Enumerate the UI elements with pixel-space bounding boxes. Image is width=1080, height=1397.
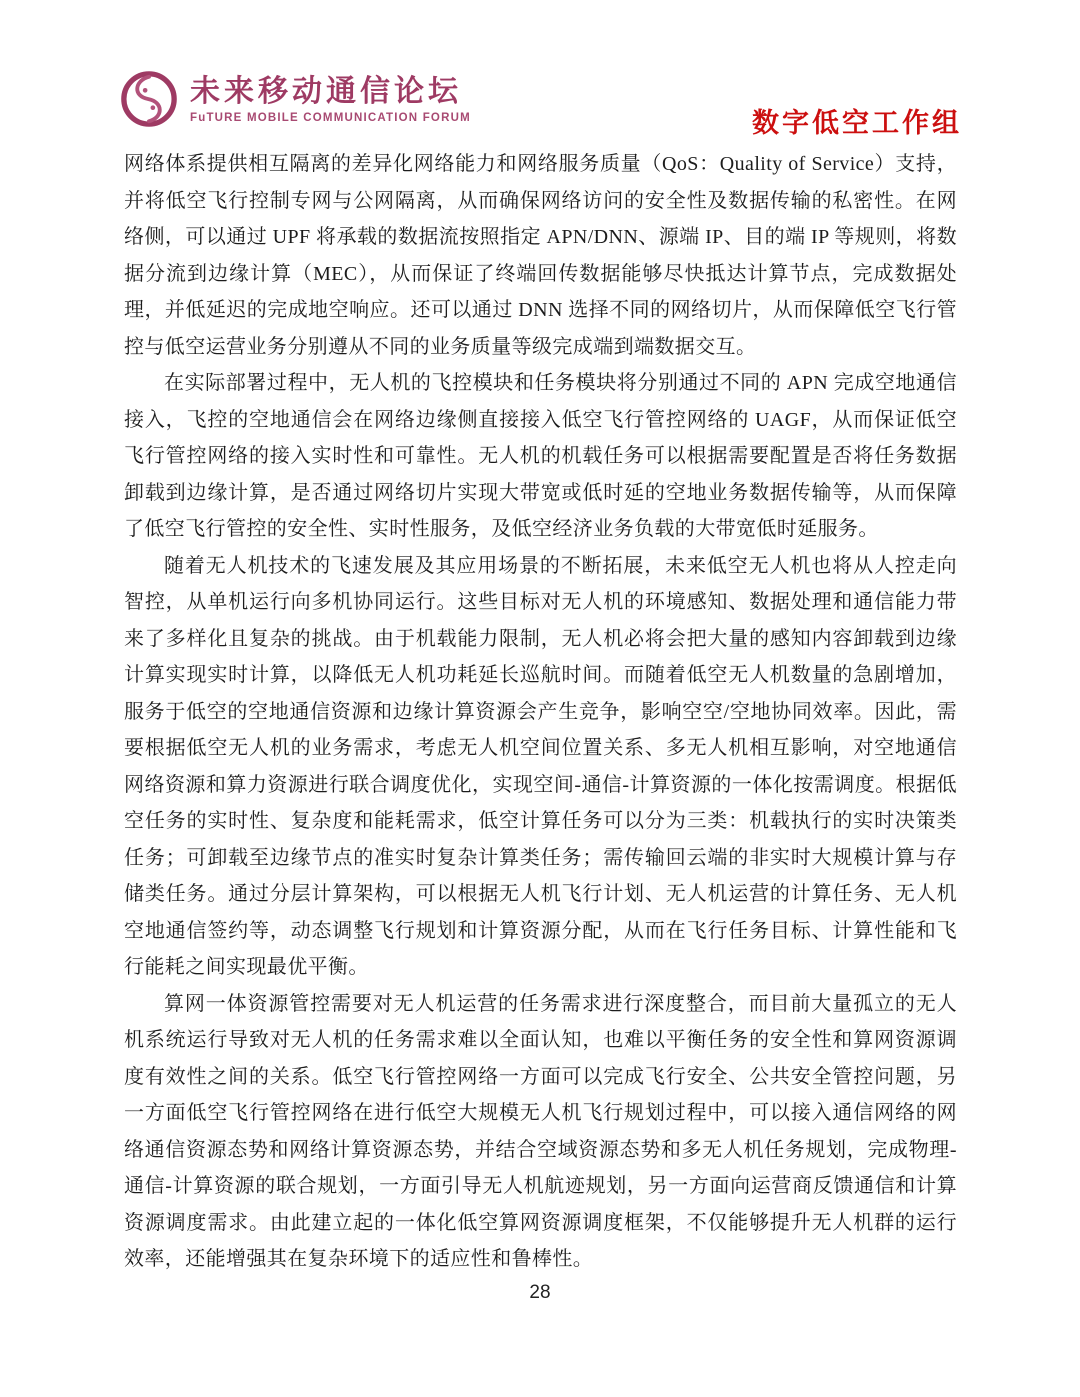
forum-logo: 未来移动通信论坛 FuTURE MOBILE COMMUNICATION FOR… bbox=[120, 70, 471, 128]
workgroup-title: 数字低空工作组 bbox=[752, 101, 962, 140]
page-number: 28 bbox=[529, 1282, 550, 1303]
document-page: 未来移动通信论坛 FuTURE MOBILE COMMUNICATION FOR… bbox=[0, 0, 1080, 1397]
paragraph-1: 网络体系提供相互隔离的差异化网络能力和网络服务质量（QoS：Quality of… bbox=[124, 146, 957, 365]
page-header: 未来移动通信论坛 FuTURE MOBILE COMMUNICATION FOR… bbox=[0, 0, 1080, 146]
paragraph-2: 在实际部署过程中，无人机的飞控模块和任务模块将分别通过不同的 APN 完成空地通… bbox=[124, 365, 957, 548]
forum-logo-icon bbox=[120, 70, 178, 128]
forum-logo-text: 未来移动通信论坛 FuTURE MOBILE COMMUNICATION FOR… bbox=[190, 75, 471, 124]
paragraph-3: 随着无人机技术的飞速发展及其应用场景的不断拓展，未来低空无人机也将从人控走向智控… bbox=[124, 548, 957, 986]
paragraph-4: 算网一体资源管控需要对无人机运营的任务需求进行深度整合，而目前大量孤立的无人机系… bbox=[124, 986, 957, 1278]
page-footer: 28 bbox=[0, 1282, 1080, 1304]
document-body: 网络体系提供相互隔离的差异化网络能力和网络服务质量（QoS：Quality of… bbox=[124, 146, 957, 1278]
forum-logo-subtitle: FuTURE MOBILE COMMUNICATION FORUM bbox=[190, 112, 471, 124]
forum-logo-title: 未来移动通信论坛 bbox=[190, 75, 471, 109]
